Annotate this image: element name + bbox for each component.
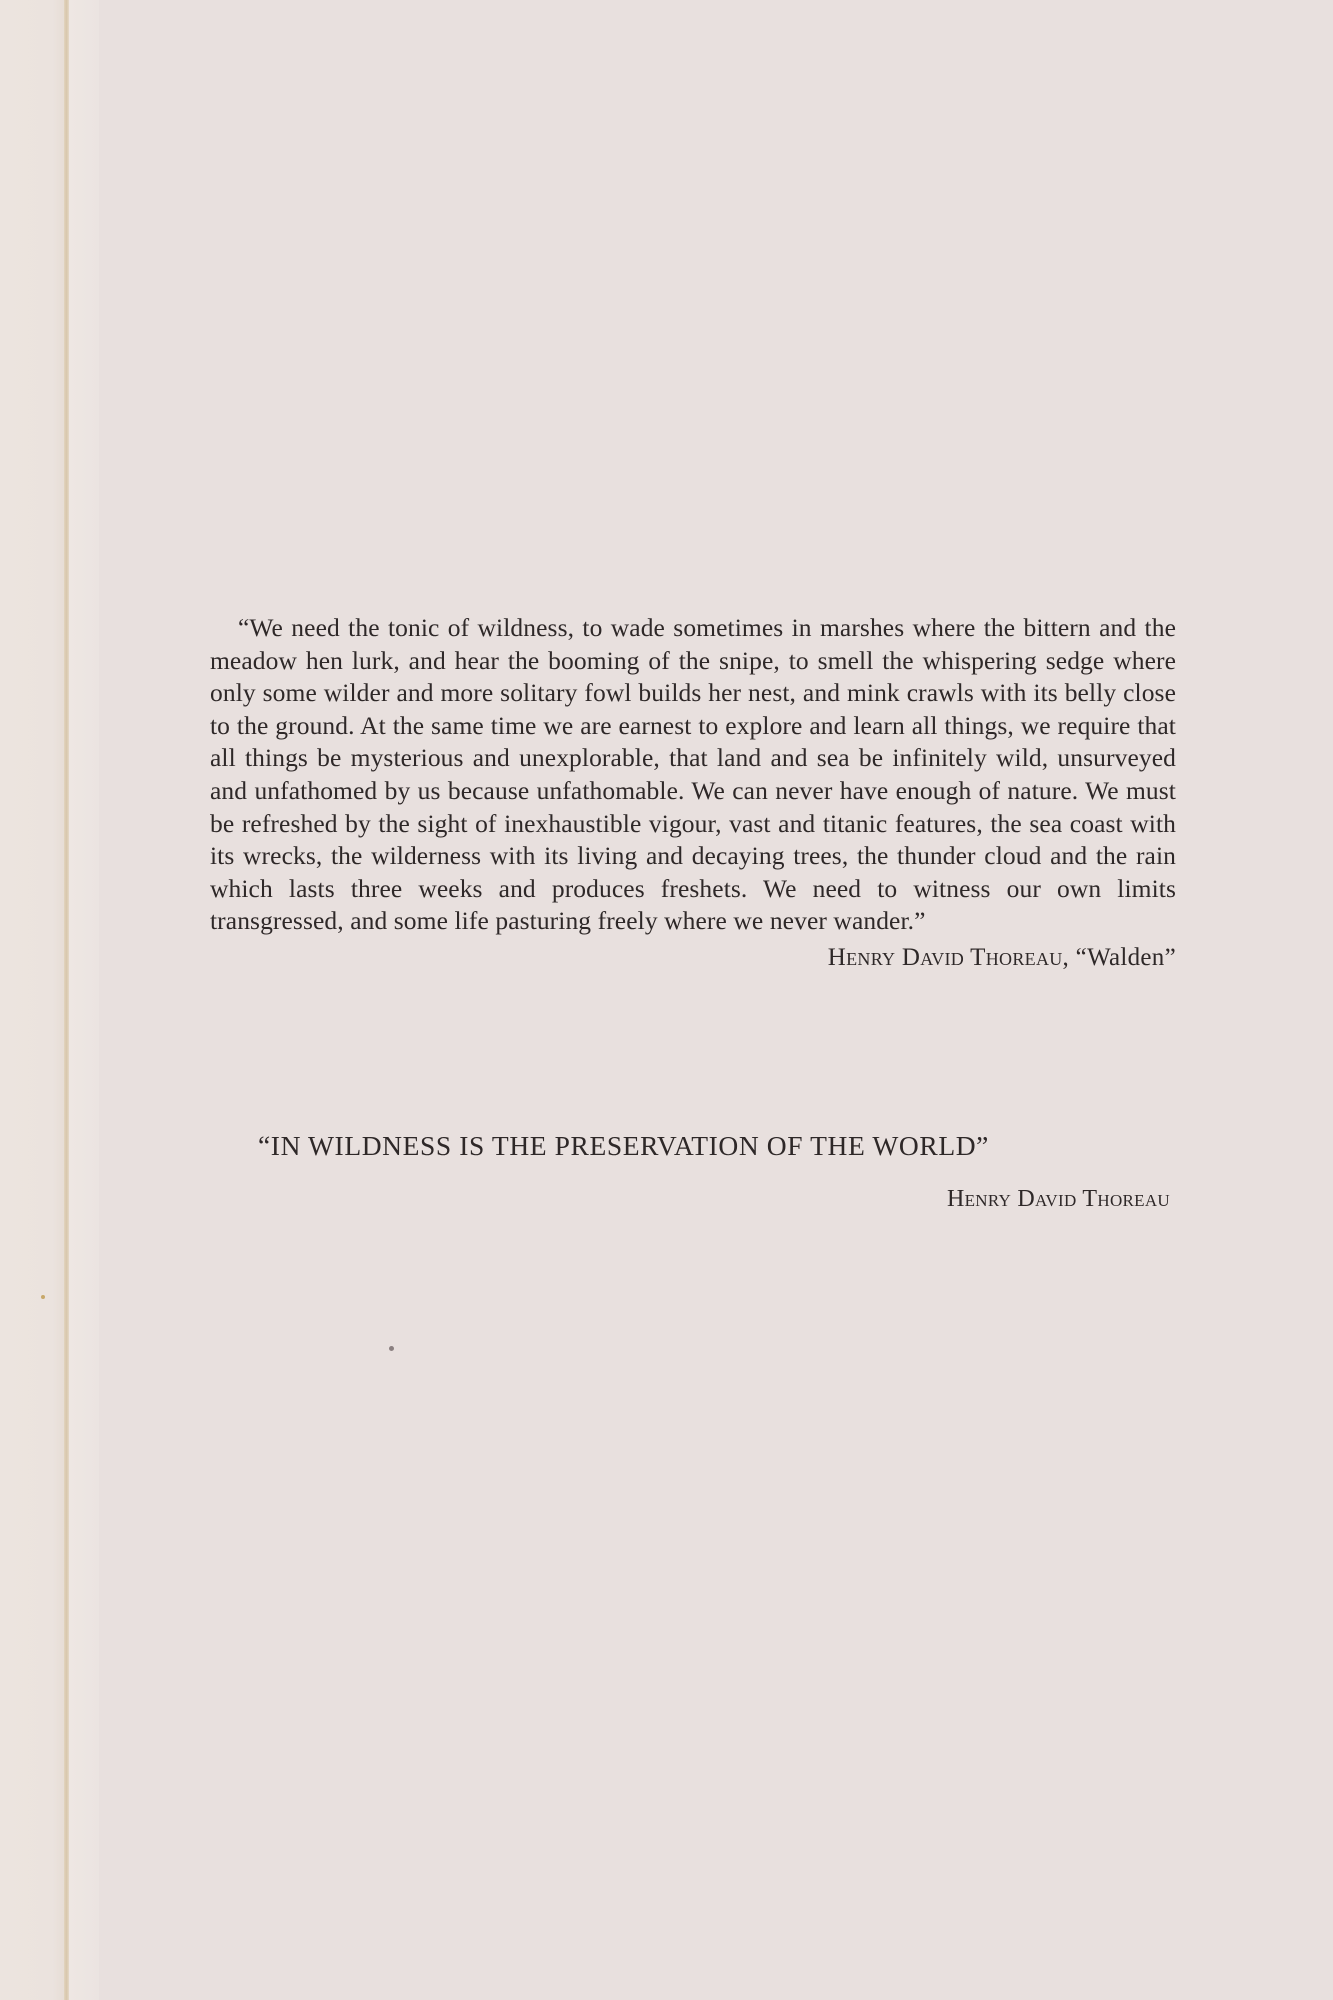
- paper-speck: [41, 1295, 45, 1299]
- epigraph-block: “We need the tonic of wildness, to wade …: [210, 612, 1176, 972]
- page-gutter: [69, 0, 99, 2000]
- facing-page-edge: [0, 0, 66, 2000]
- motto-attribution: Henry David Thoreau: [700, 1186, 1170, 1213]
- book-page: [99, 0, 1333, 2000]
- epigraph-attribution: Henry David Thoreau, “Walden”: [210, 944, 1176, 972]
- paper-speck: [389, 1346, 394, 1351]
- epigraph-work-title: “Walden”: [1076, 944, 1176, 971]
- epigraph-quote: “We need the tonic of wildness, to wade …: [210, 612, 1176, 938]
- epigraph-author: Henry David Thoreau,: [828, 944, 1069, 971]
- motto-quote: “IN WILDNESS IS THE PRESERVATION OF THE …: [258, 1130, 1118, 1162]
